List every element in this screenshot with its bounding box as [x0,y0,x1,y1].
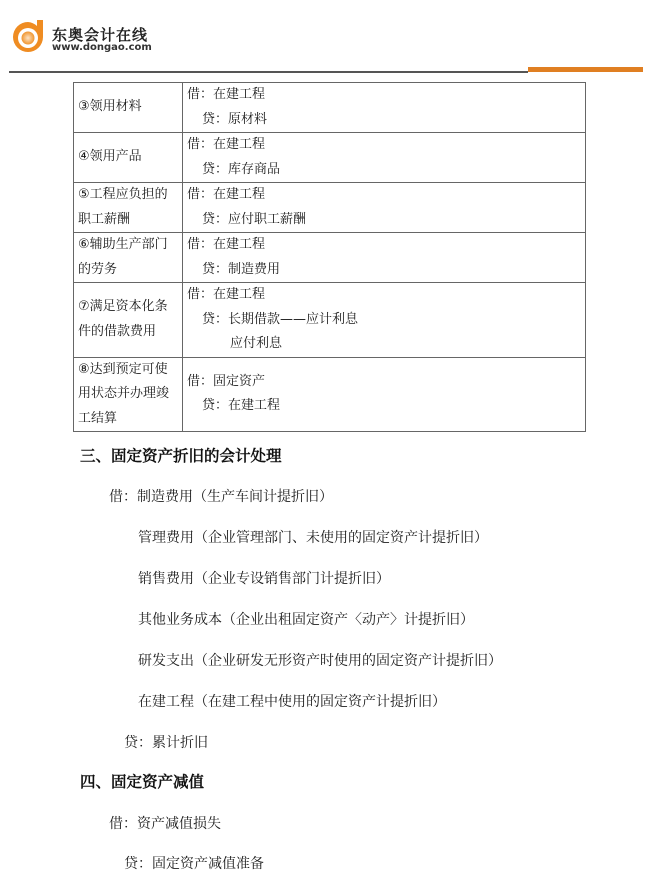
dongao-logo-icon [9,18,47,56]
credit-line: 应付利息 [187,332,581,357]
item-cell: ③领用材料 [74,83,183,133]
entry-cell: 借：在建工程 贷：应付职工薪酬 [183,183,586,233]
debit-line: 研发支出（企业研发无形资产时使用的固定资产计提折旧） [138,650,502,670]
credit-line: 贷：累计折旧 [124,732,208,752]
item-cell: ⑧达到预定可使用状态并办理竣工结算 [74,357,183,432]
table-row: ③领用材料 借：在建工程 贷：原材料 [74,83,586,133]
debit-line: 借：制造费用（生产车间计提折旧） [109,486,333,506]
table-row: ⑥辅助生产部门的劳务 借：在建工程 贷：制造费用 [74,233,586,283]
journal-entries-table: ③领用材料 借：在建工程 贷：原材料 ④领用产品 借：在建工程 贷：库存商品 ⑤… [73,82,586,432]
credit-line: 贷：长期借款——应计利息 [187,308,581,333]
entry-cell: 借：在建工程 贷：制造费用 [183,233,586,283]
table-row: ⑧达到预定可使用状态并办理竣工结算 借：固定资产 贷：在建工程 [74,357,586,432]
debit-line: 管理费用（企业管理部门、未使用的固定资产计提折旧） [138,527,488,547]
debit-line: 借：固定资产 [187,370,581,395]
table-row: ④领用产品 借：在建工程 贷：库存商品 [74,133,586,183]
debit-line: 借：在建工程 [187,183,581,208]
debit-line: 借：在建工程 [187,83,581,108]
debit-line: 其他业务成本（企业出租固定资产〈动产〉计提折旧） [138,609,474,629]
credit-line: 贷：原材料 [187,108,581,133]
credit-line: 贷：应付职工薪酬 [187,208,581,233]
item-cell: ④领用产品 [74,133,183,183]
brand-url: www.dongao.com [52,42,152,53]
debit-line: 借：在建工程 [187,133,581,158]
debit-line: 借：在建工程 [187,233,581,258]
entry-cell: 借：在建工程 贷：原材料 [183,83,586,133]
credit-line: 贷：固定资产减值准备 [124,853,264,873]
credit-line: 贷：库存商品 [187,158,581,183]
debit-line: 借：在建工程 [187,283,581,308]
table-row: ⑦满足资本化条件的借款费用 借：在建工程 贷：长期借款——应计利息 应付利息 [74,283,586,358]
item-cell: ⑥辅助生产部门的劳务 [74,233,183,283]
section-title: 三、固定资产折旧的会计处理 [80,444,282,466]
item-cell: ⑤工程应负担的职工薪酬 [74,183,183,233]
entry-cell: 借：固定资产 贷：在建工程 [183,357,586,432]
header-accent-bar [528,67,643,72]
header-divider [9,71,528,73]
entry-cell: 借：在建工程 贷：库存商品 [183,133,586,183]
page-header: 东奥会计在线 www.dongao.com [0,0,658,76]
item-cell: ⑦满足资本化条件的借款费用 [74,283,183,358]
section-title: 四、固定资产减值 [80,770,204,792]
credit-line: 贷：在建工程 [187,394,581,419]
credit-line: 贷：制造费用 [187,258,581,283]
table-row: ⑤工程应负担的职工薪酬 借：在建工程 贷：应付职工薪酬 [74,183,586,233]
debit-line: 在建工程（在建工程中使用的固定资产计提折旧） [138,691,446,711]
debit-line: 销售费用（企业专设销售部门计提折旧） [138,568,390,588]
debit-line: 借：资产减值损失 [109,813,221,833]
entry-cell: 借：在建工程 贷：长期借款——应计利息 应付利息 [183,283,586,358]
